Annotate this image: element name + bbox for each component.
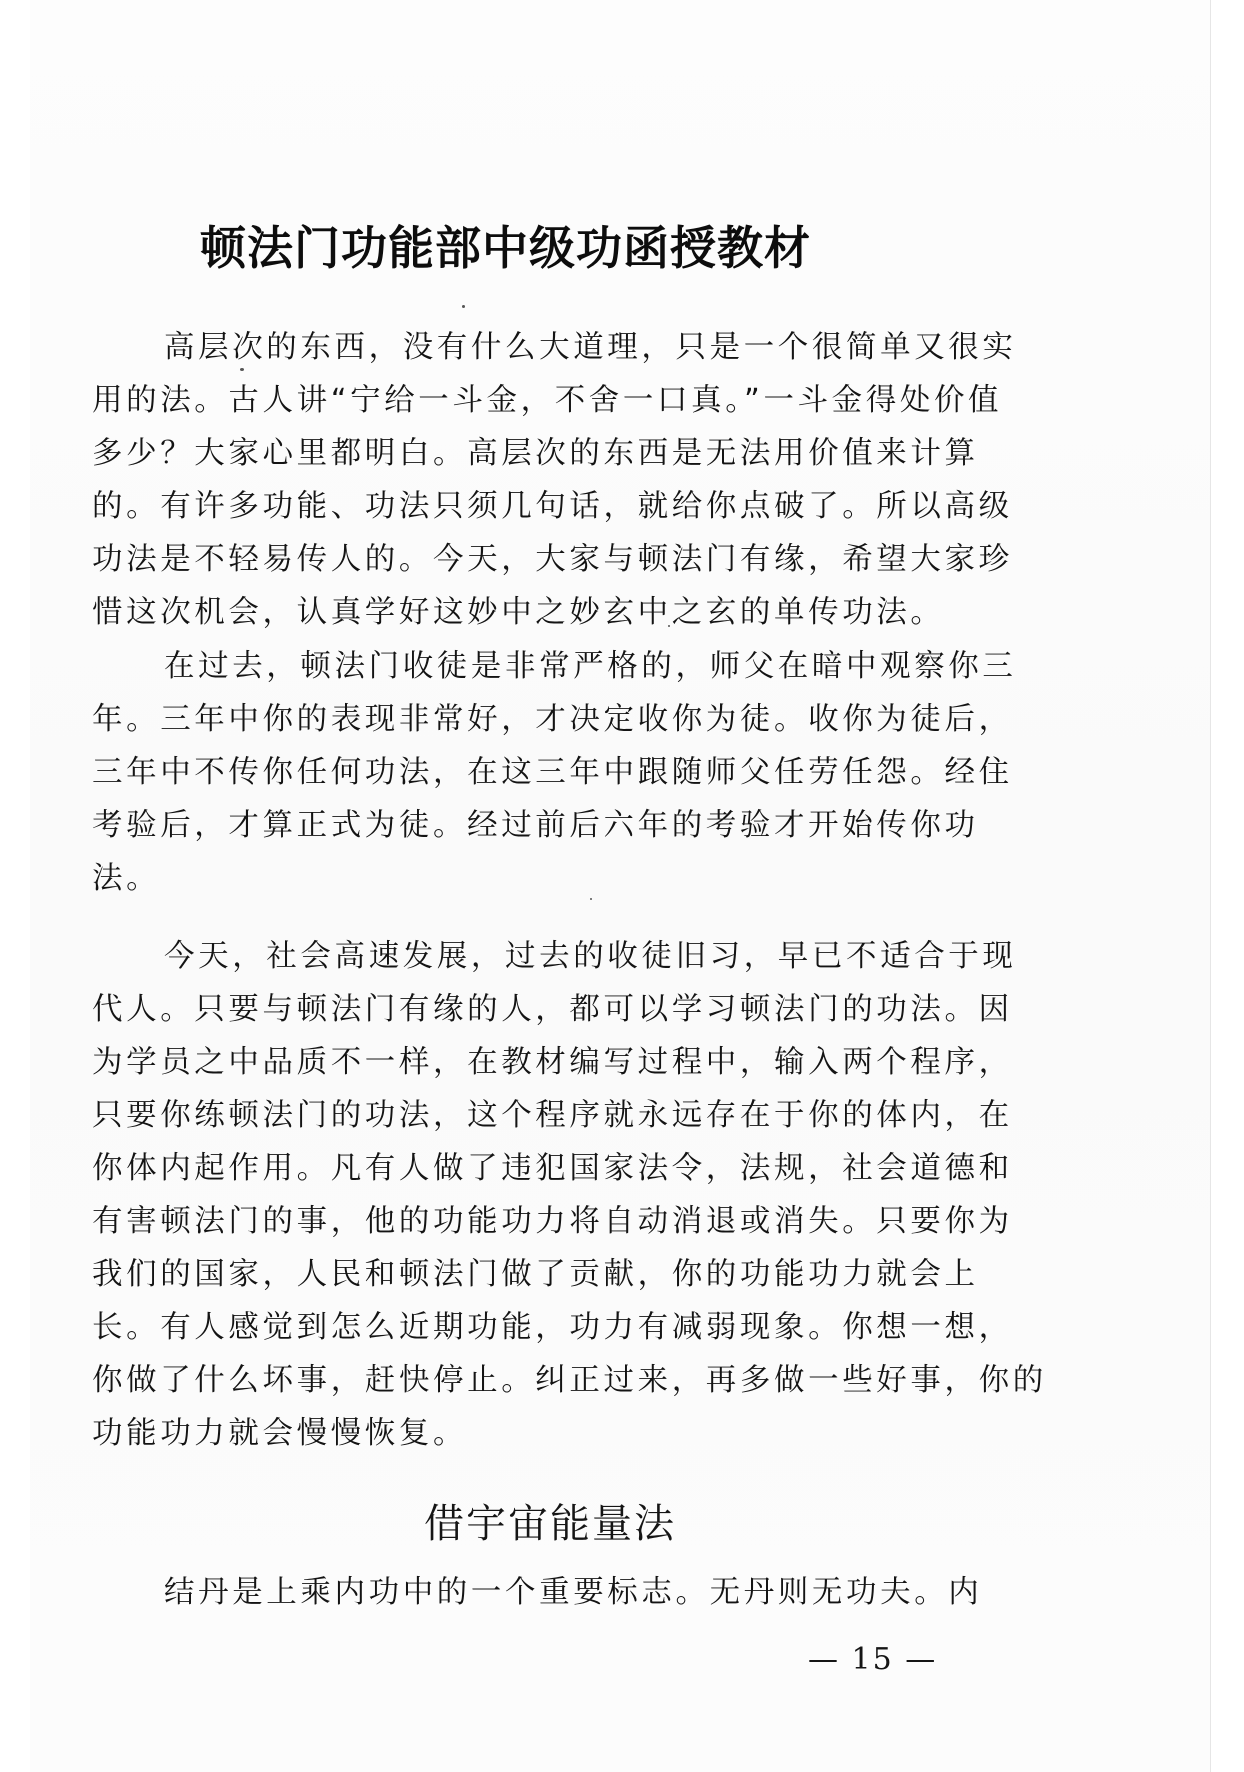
scanned-page: 顿法门功能部中级功函授教材 高层次的东西，没有什么大道理，只是一个很简单又很实 … bbox=[0, 0, 1244, 1772]
paragraph-1: 高层次的东西，没有什么大道理，只是一个很简单又很实 用的法。古人讲“宁给一斗金，… bbox=[92, 321, 1032, 639]
text-line: 代人。只要与顿法门有缘的人，都可以学习顿法门的功法。因 bbox=[92, 983, 1032, 1036]
text-line: 惜这次机会，认真学好这妙中之妙玄中之玄的单传功法。 bbox=[92, 586, 1032, 639]
scan-speck bbox=[830, 1590, 832, 1592]
scan-speck bbox=[462, 305, 465, 308]
text-line: 多少？大家心里都明白。高层次的东西是无法用价值来计算 bbox=[92, 427, 1032, 480]
text-line: 的。有许多功能、功法只须几句话，就给你点破了。所以高级 bbox=[92, 480, 1032, 533]
scan-speck bbox=[668, 625, 670, 627]
text-line: 为学员之中品质不一样，在教材编写过程中，输入两个程序， bbox=[92, 1036, 1032, 1089]
text-line: 年。三年中你的表现非常好，才决定收你为徒。收你为徒后， bbox=[92, 693, 1032, 746]
text-line: 你做了什么坏事，赶快停止。纠正过来，再多做一些好事，你的 bbox=[92, 1354, 1032, 1407]
section-title: 借宇宙能量法 bbox=[424, 1496, 676, 1552]
text-line: 考验后，才算正式为徒。经过前后六年的考验才开始传你功 bbox=[92, 799, 1032, 852]
scan-speck bbox=[240, 368, 244, 371]
text-line: 功法是不轻易传人的。今天，大家与顿法门有缘，希望大家珍 bbox=[92, 533, 1032, 586]
section-paragraph-1: 结丹是上乘内功中的一个重要标志。无丹则无功夫。内 bbox=[92, 1566, 1032, 1619]
text-line: 结丹是上乘内功中的一个重要标志。无丹则无功夫。内 bbox=[92, 1566, 1032, 1619]
text-line: 功能功力就会慢慢恢复。 bbox=[92, 1407, 1032, 1460]
text-line: 有害顿法门的事，他的功能功力将自动消退或消失。只要你为 bbox=[92, 1195, 1032, 1248]
text-line: 高层次的东西，没有什么大道理，只是一个很简单又很实 bbox=[92, 321, 1032, 374]
scan-speck bbox=[590, 898, 592, 900]
document-title: 顿法门功能部中级功函授教材 bbox=[200, 218, 920, 278]
page-number: — 15 — bbox=[808, 1640, 937, 1680]
scan-margin-left bbox=[0, 0, 30, 1772]
paragraph-3: 今天，社会高速发展，过去的收徒旧习，早已不适合于现 代人。只要与顿法门有缘的人，… bbox=[92, 930, 1032, 1460]
text-line: 在过去，顿法门收徒是非常严格的，师父在暗中观察你三 bbox=[92, 640, 1032, 693]
text-line: 只要你练顿法门的功法，这个程序就永远存在于你的体内，在 bbox=[92, 1089, 1032, 1142]
text-line: 三年中不传你任何功法，在这三年中跟随师父任劳任怨。经住 bbox=[92, 746, 1032, 799]
text-line: 我们的国家，人民和顿法门做了贡献，你的功能功力就会上 bbox=[92, 1248, 1032, 1301]
text-line: 法。 bbox=[92, 852, 1032, 905]
text-line: 长。有人感觉到怎么近期功能，功力有减弱现象。你想一想， bbox=[92, 1301, 1032, 1354]
text-line: 用的法。古人讲“宁给一斗金，不舍一口真。”一斗金得处价值 bbox=[92, 374, 1032, 427]
paragraph-2: 在过去，顿法门收徒是非常严格的，师父在暗中观察你三 年。三年中你的表现非常好，才… bbox=[92, 640, 1032, 905]
scan-margin-right bbox=[1211, 0, 1244, 1772]
text-line: 你体内起作用。凡有人做了违犯国家法令，法规，社会道德和 bbox=[92, 1142, 1032, 1195]
text-line: 今天，社会高速发展，过去的收徒旧习，早已不适合于现 bbox=[92, 930, 1032, 983]
